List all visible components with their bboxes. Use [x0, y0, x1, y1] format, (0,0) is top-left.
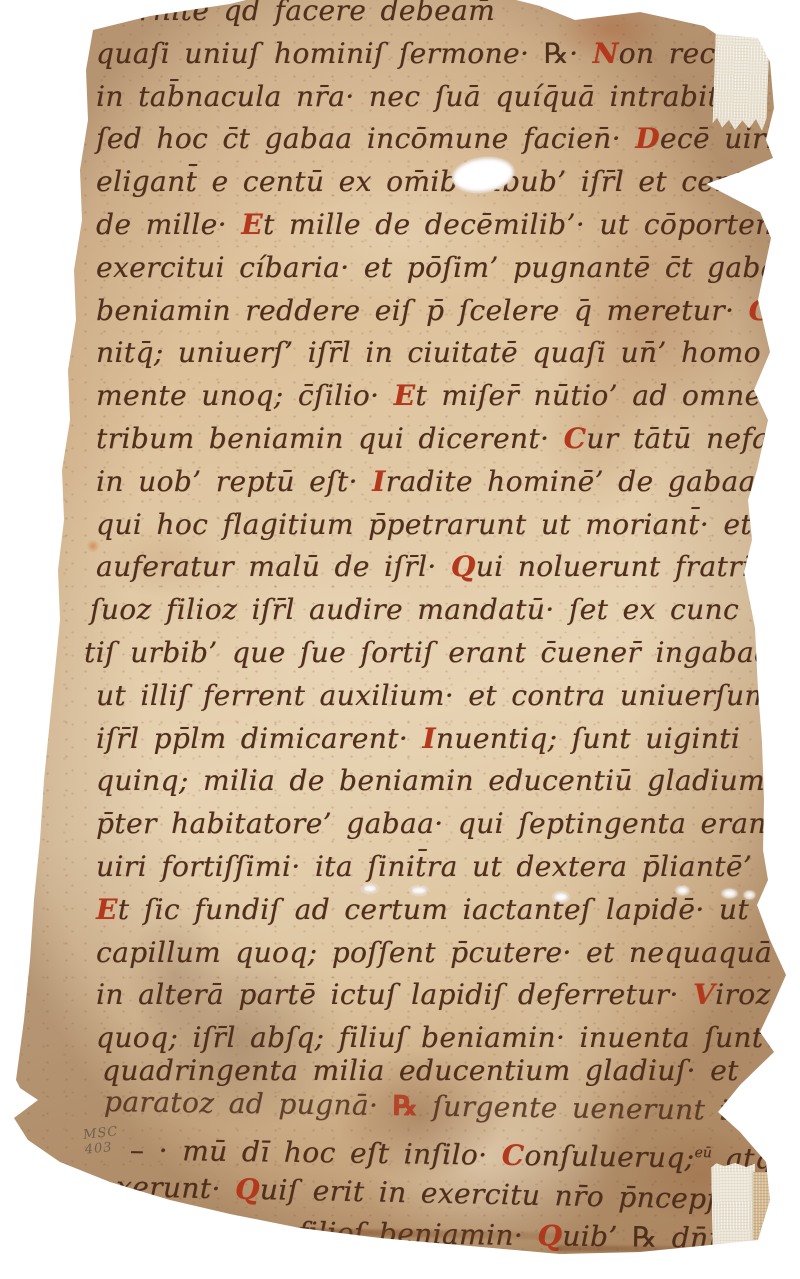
manuscript-text-block: cernite q̄d facere debeam̄quaſi uniuſ ho… — [96, 0, 796, 1252]
text-segment: quinq; milia de beniamin educentiū gladi… — [96, 764, 765, 797]
manuscript-line-5: eligant̄ e centū ex om̄ib’tribub’ iſr̄l … — [96, 161, 796, 204]
rubricated-initial: I — [422, 722, 436, 755]
manuscript-line-13: qui hoc flagitium p̄petrarunt ut moriant… — [96, 504, 796, 547]
interlinear-gloss: eū — [694, 1144, 712, 1160]
ink-smudge — [8, 1170, 52, 1220]
text-segment: ut illiſ ferrent auxilium· et contra uni… — [96, 679, 771, 712]
text-segment: paratoz ad pugnā· — [104, 1085, 393, 1122]
text-segment: eligant̄ e centū ex om̄ib’tribub’ iſr̄l … — [96, 165, 790, 198]
text-segment: – · mū dī hoc eſt inſilo· — [130, 1133, 502, 1171]
text-segment: onſulueruq; — [524, 1139, 694, 1174]
text-segment: nitq̄; uniuerſ’ iſr̄l in ciuitatē quaſi … — [96, 336, 800, 369]
text-segment: uiſ erit in exercitu nr̄o p̄ncepſ cer — [260, 1173, 779, 1217]
text-segment: capillum quoq; poſſent p̄cutere· et nequ… — [96, 936, 772, 969]
text-segment: auferatur malū de iſr̄l· — [96, 550, 451, 583]
rubricated-initial: E — [241, 208, 263, 241]
manuscript-line-7: exercitui cíbaria· et pōſim’ pugnantē c̄… — [96, 247, 796, 290]
parchment-hole — [410, 886, 428, 895]
manuscript-line-20: p̄ter habitatore’ gabaa· qui ſeptingenta… — [96, 803, 796, 846]
text-segment: radite hominē’ de gabaa· — [386, 465, 765, 498]
parchment-hole — [553, 892, 569, 902]
manuscript-line-10: mente unoq; c̄ſilio· Et miſer̄ nūtio’ ad… — [96, 375, 796, 418]
text-segment: p̄ter habitatore’ gabaa· qui ſeptingenta… — [96, 807, 778, 840]
manuscript-line-1: cernite q̄d facere debeam̄ — [106, 0, 796, 33]
text-segment: iſr̄l pp̄lm dimicarent· — [96, 722, 422, 755]
text-segment: iroz — [715, 978, 771, 1011]
manuscript-line-21: uiri fortiſſimi· ita ſinit̄ra ut dextera… — [96, 846, 796, 889]
rubricated-initial: Q — [235, 1173, 260, 1207]
repair-tape-bottom-right-white — [711, 1163, 757, 1269]
text-segment: ſurgente uenerunt in — [418, 1089, 748, 1127]
rubricated-initial: C — [502, 1138, 525, 1171]
text-segment: ui noluerunt fratri — [476, 550, 752, 583]
manuscript-line-23: capillum quoq; poſſent p̄cutere· et nequ… — [96, 932, 796, 975]
rubricated-initial: E — [394, 379, 416, 412]
text-segment: in uob’ reptū eſt· — [96, 465, 372, 498]
handwritten-mark-inverted: MI8C — [25, 1204, 82, 1228]
parchment-hole — [744, 891, 755, 899]
text-segment: beniamin reddere eiſ p̄ ſcelere q̄ meret… — [96, 294, 749, 327]
handwritten-mark-ls: LS — [49, 1172, 87, 1207]
text-segment: nuentiq; ſunt uiginti — [436, 722, 740, 755]
manuscript-line-14: auferatur malū de iſr̄l· Qui noluerunt f… — [96, 546, 796, 589]
manuscript-line-16: tiſ urbib’ que ſue ſortiſ erant c̄uener̄… — [84, 632, 796, 675]
parchment-hole — [722, 889, 737, 898]
pencil-shelfmark-note: MSC 403 — [83, 1124, 121, 1158]
manuscript-line-3: in tab̄nacula nr̄a· nec ſuā quíq̄uā intr… — [96, 76, 796, 119]
text-segment: t miſer̄ nūtio’ ad omnem̄ — [415, 379, 788, 412]
rubricated-initial: C — [564, 422, 587, 455]
manuscript-line-11: tribum beniamin qui dicerent· Cur tātū n… — [96, 418, 796, 461]
rubricated-initial: I — [372, 465, 386, 498]
manuscript-line-6: de mille· Et mille de decēmilib’· ut cōp… — [96, 204, 796, 247]
manuscript-line-12: in uob’ reptū eſt· Iradite hominē’ de ga… — [96, 461, 796, 504]
text-segment: t ſic fundiſ ad certum iactanteſ lapidē·… — [118, 893, 749, 926]
repair-tape-bottom-right-tan — [753, 1172, 791, 1254]
text-segment: qui hoc flagitium p̄petrarunt ut moriant… — [96, 508, 752, 541]
repair-tape-top-right — [712, 33, 769, 131]
text-segment: in tab̄nacula nr̄a· nec ſuā quíq̄uā intr… — [96, 80, 769, 113]
manuscript-line-2: quaſi uniuſ hominiſ ſermone· ℞· Non rece… — [96, 33, 796, 76]
photo-backdrop: cernite q̄d facere debeam̄quaſi uniuſ ho… — [0, 0, 800, 1279]
manuscript-line-15: ſuoz filioz iſr̄l audire mandatū· ſet ex… — [90, 589, 796, 632]
parchment-fragment: cernite q̄d facere debeam̄quaſi uniuſ ho… — [0, 0, 800, 1279]
manuscript-line-9: nitq̄; uniuerſ’ iſr̄l in ciuitatē quaſi … — [96, 332, 796, 375]
text-segment: mente unoq; c̄ſilio· — [96, 379, 394, 412]
text-segment: in alterā partē ictuſ lapidiſ deferretur… — [96, 978, 693, 1011]
text-segment: t mille de decēmilib’· ut cōportent — [263, 208, 785, 241]
manuscript-line-17: ut illiſ ferrent auxilium· et contra uni… — [96, 675, 796, 718]
text-segment: ecē uiri — [660, 122, 775, 155]
rubricated-initial: D — [635, 122, 660, 155]
text-segment: cernite q̄d facere debeam̄ — [106, 0, 495, 27]
text-segment: onue — [771, 294, 800, 327]
text-segment: exercitui cíbaria· et pōſim’ pugnantē c̄… — [96, 251, 800, 284]
manuscript-line-18: iſr̄l pp̄lm dimicarent· Inuentiq; ſunt u… — [96, 718, 796, 761]
rubricated-initial: V — [693, 978, 715, 1011]
text-segment: quaſi uniuſ hominiſ ſermone· ℞· — [96, 37, 593, 70]
manuscript-line-22: Et ſic fundiſ ad certum iactanteſ lapidē… — [96, 889, 796, 932]
text-segment: ſed hoc c̄t gabaa incōmune facien̄· — [96, 122, 635, 155]
manuscript-line-4: ſed hoc c̄t gabaa incōmune facien̄· Decē… — [96, 118, 796, 161]
parchment-hole — [676, 886, 689, 895]
manuscript-line-8: beniamin reddere eiſ p̄ ſcelere q̄ meret… — [96, 290, 796, 333]
text-segment: xerunt· — [116, 1170, 236, 1205]
pencil-mark-top-left: 8 — [75, 37, 91, 60]
text-segment: de mille· — [96, 208, 241, 241]
text-segment: ſuoz filioz iſr̄l audire mandatū· ſet ex… — [90, 593, 739, 626]
text-segment: uiri fortiſſimi· ita ſinit̄ra ut dextera… — [96, 850, 752, 883]
rubricated-initial: N — [593, 37, 619, 70]
rubricated-initial: C — [749, 294, 772, 327]
text-segment: tiſ urbib’ que ſue ſortiſ erant c̄uener̄… — [84, 636, 771, 669]
text-segment: tribum beniamin qui dicerent· — [96, 422, 564, 455]
manuscript-line-24: in alterā partē ictuſ lapidiſ deferretur… — [96, 974, 796, 1017]
text-segment: ur tātū nefaſ — [586, 422, 780, 455]
rubricated-initial: E — [96, 893, 118, 926]
rubricated-initial: ℞ — [392, 1089, 418, 1122]
parchment-hole — [362, 884, 378, 893]
rubricated-initial: Q — [451, 550, 476, 583]
manuscript-line-19: quinq; milia de beniamin educentiū gladi… — [96, 760, 796, 803]
